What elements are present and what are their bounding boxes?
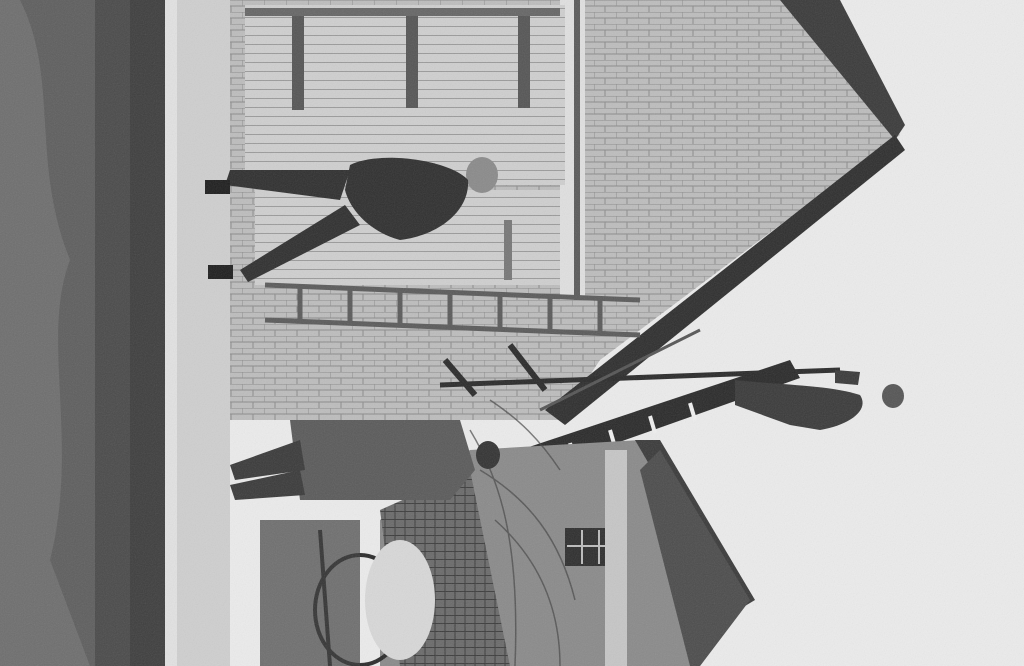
photo-scene	[0, 0, 1024, 666]
photograph: Vintage black-and-white photograph, rota…	[0, 0, 1024, 666]
